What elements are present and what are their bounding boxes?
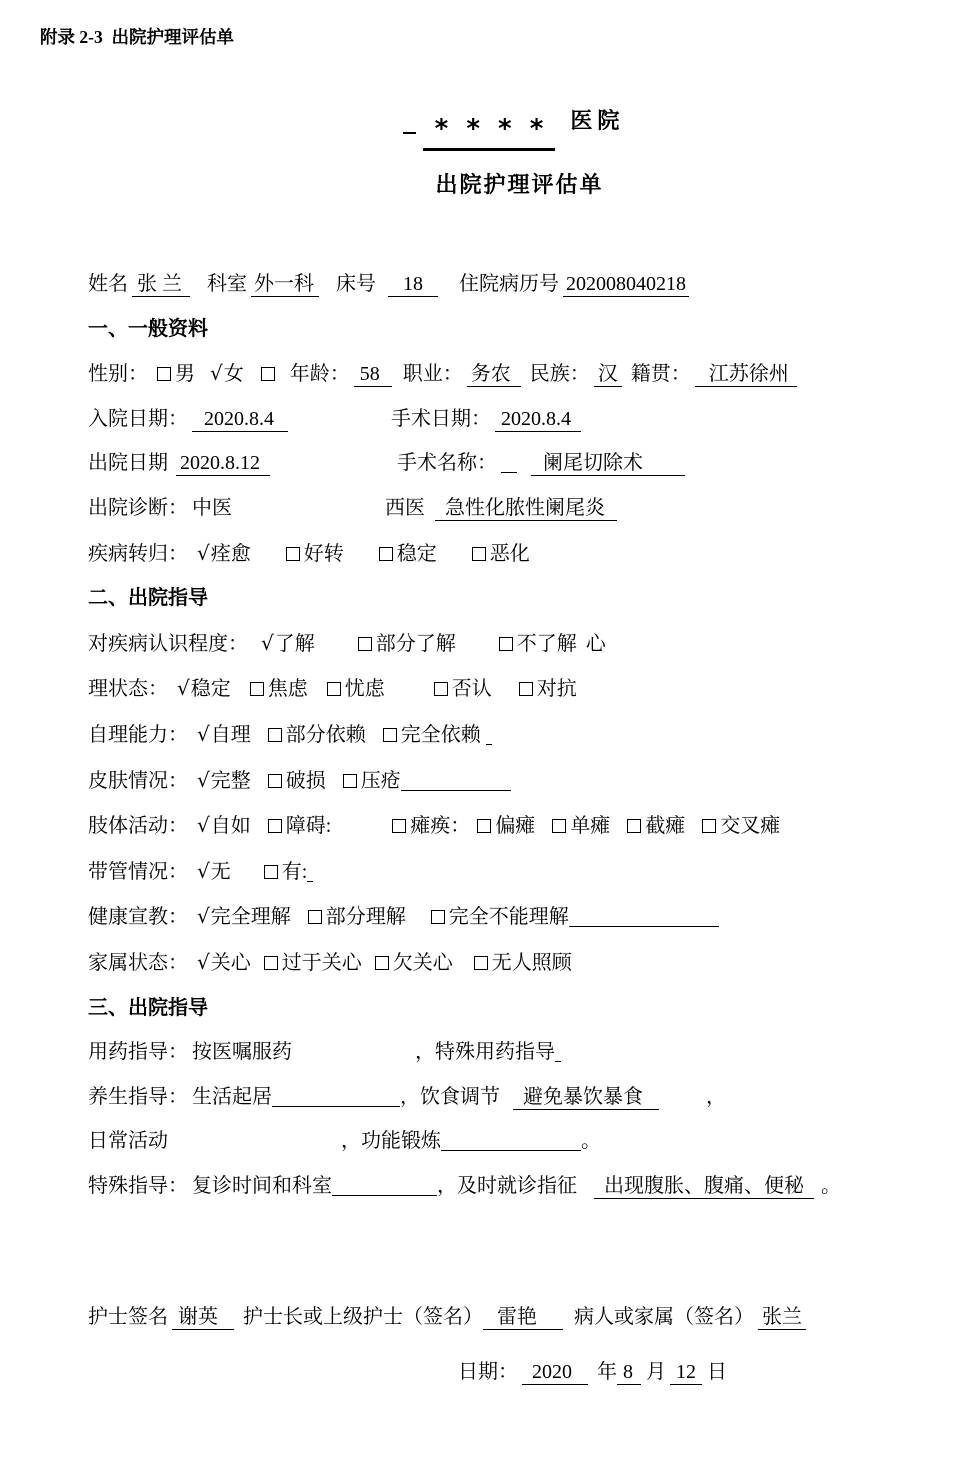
section-heading-general: 一、一般资料 — [88, 307, 953, 352]
option-label: 稳定 — [397, 543, 437, 565]
check-icon: √ — [197, 859, 210, 883]
blank-underline — [332, 1175, 437, 1196]
surgery-name-label: 手术名称： — [397, 452, 497, 474]
option-label: 稳定 — [191, 678, 231, 700]
disease-understanding-row: 对疾病认识程度： √了解 部分了解 不了解 心 — [88, 621, 953, 667]
patient-signature-label: 病人或家属（签名） — [574, 1306, 754, 1328]
option-label: 交叉瘫 — [720, 815, 780, 837]
option-improved: 好转 — [286, 543, 344, 565]
option-full-dependence: 完全依赖 — [383, 724, 481, 746]
outcome-label: 疾病转归： — [88, 543, 188, 565]
hospital-label: 医院 — [570, 108, 624, 133]
checkbox-icon — [308, 910, 322, 924]
option-hemiplegia: 偏瘫 — [477, 815, 535, 837]
occupation-label: 职业： — [403, 363, 463, 385]
checkbox-icon — [474, 956, 488, 970]
discharge-date-row: 出院日期2020.8.12 手术名称：阑尾切除术 — [88, 441, 953, 486]
checkbox-icon — [434, 682, 448, 696]
option-not-understood: 完全不能理解 — [431, 906, 569, 928]
option-worried: 忧虑 — [327, 678, 385, 700]
nurse-signature-value: 谢英 — [172, 1306, 234, 1330]
checkbox-icon — [702, 819, 716, 833]
option-label: 无 — [211, 861, 231, 883]
patient-info-row: 姓名张 兰 科室外一科 床号18 住院病历号202008040218 — [88, 262, 953, 307]
option-has-tube: 有: — [264, 861, 308, 883]
option-partially-understand: 部分了解 — [358, 633, 456, 655]
check-icon: √ — [197, 904, 210, 928]
option-label: 欠关心 — [393, 952, 453, 974]
check-icon: √ — [197, 768, 210, 792]
checkbox-icon — [383, 728, 397, 742]
tcm-label: 中医 — [192, 497, 232, 519]
age-label: 年龄： — [290, 363, 350, 385]
option-label: 截瘫 — [645, 815, 685, 837]
limb-activity-row: 肢体活动： √自如 障碍: 瘫痪： 偏瘫 单瘫 截瘫 交叉瘫 — [88, 803, 953, 849]
diagnosis-row: 出院诊断：中医 西医急性化脓性阑尾炎 — [88, 486, 953, 531]
gender-male-label: 男 — [175, 363, 195, 385]
disease-outcome-row: 疾病转归： √痊愈 好转 稳定 恶化 — [88, 531, 953, 577]
diagnosis-label: 出院诊断： — [88, 497, 188, 519]
selfcare-label: 自理能力： — [88, 724, 188, 746]
daily-activity-row: 日常活动 ，功能锻炼。 — [88, 1119, 953, 1164]
gender-row: 性别： 男 √女 年龄：58 职业：务农 民族：汉 籍贯：江苏徐州 — [88, 351, 953, 397]
option-independent: √自理 — [197, 724, 251, 746]
option-label: 单瘫 — [570, 815, 610, 837]
title-block: * * * *医院 出院护理评估单 — [0, 104, 959, 199]
option-caring: √关心 — [197, 952, 251, 974]
checkbox-icon — [268, 774, 282, 788]
origin-value: 江苏徐州 — [695, 363, 797, 387]
occupation-value: 务农 — [467, 363, 521, 387]
health-education-row: 健康宣教： √完全理解 部分理解 完全不能理解 — [88, 894, 953, 940]
check-icon: √ — [197, 722, 210, 746]
checkbox-icon — [157, 367, 171, 381]
education-label: 健康宣教： — [88, 906, 188, 928]
option-lacking-care: 欠关心 — [375, 952, 453, 974]
check-icon: √ — [197, 950, 210, 974]
check-icon: √ — [210, 361, 223, 385]
check-icon: √ — [261, 631, 274, 655]
option-pressure-sore: 压疮 — [343, 770, 401, 792]
option-impaired: 障碍: — [268, 815, 332, 837]
option-resistant: 对抗 — [519, 678, 577, 700]
family-attitude-label: 家属状态： — [88, 952, 188, 974]
surgery-date-label: 手术日期： — [391, 408, 491, 430]
option-label: 部分理解 — [326, 906, 406, 928]
medication-label: 用药指导： — [88, 1041, 188, 1063]
trailing-period: 。 — [581, 1130, 601, 1152]
blank-underline — [569, 906, 719, 927]
admission-date-row: 入院日期：2020.8.4 手术日期：2020.8.4 — [88, 397, 953, 442]
option-label: 破损 — [286, 770, 326, 792]
selfcare-row: 自理能力： √自理 部分依赖 完全依赖 — [88, 712, 953, 758]
bed-label: 床号 — [336, 273, 376, 295]
option-denial: 否认 — [434, 678, 492, 700]
section-heading-guidance: 二、出院指导 — [88, 576, 953, 621]
ethnicity-value: 汉 — [594, 363, 622, 387]
checkbox-icon — [268, 819, 282, 833]
option-label: 瘫痪： — [410, 815, 470, 837]
option-understand: √了解 — [261, 633, 315, 655]
option-label: 自如 — [211, 815, 251, 837]
blank-underline — [501, 452, 517, 473]
month-unit: 月 — [646, 1361, 666, 1383]
option-label: 无人照顾 — [492, 952, 572, 974]
blank-underline — [307, 861, 313, 882]
skin-condition-row: 皮肤情况： √完整 破损 压疮 — [88, 758, 953, 804]
option-label: 完整 — [211, 770, 251, 792]
checkbox-icon — [431, 910, 445, 924]
option-no-tube: √无 — [197, 861, 231, 883]
option-overly-caring: 过于关心 — [264, 952, 362, 974]
option-not-understand: 不了解 — [499, 633, 577, 655]
revisit-label: 复诊时间和科室 — [192, 1175, 332, 1197]
surgery-date-value: 2020.8.4 — [495, 408, 581, 432]
option-label: 障碍: — [286, 815, 332, 837]
document-page: 附录 2-3 出院护理评估单 * * * *医院 出院护理评估单 姓名张 兰 科… — [0, 0, 959, 1469]
checkbox-icon — [327, 682, 341, 696]
checkbox-icon — [358, 637, 372, 651]
regimen-label: 养生指导： — [88, 1086, 188, 1108]
diet-label: ，饮食调节 — [400, 1086, 500, 1108]
date-month-value: 8 — [617, 1361, 641, 1385]
option-stable: √稳定 — [177, 678, 231, 700]
option-label: 部分依赖 — [286, 724, 366, 746]
option-label: 了解 — [275, 633, 315, 655]
check-icon: √ — [177, 676, 190, 700]
check-icon: √ — [197, 541, 210, 565]
limb-label: 肢体活动： — [88, 815, 188, 837]
blank-underline — [272, 1086, 400, 1107]
checkbox-icon — [477, 819, 491, 833]
hospital-name-line: * * * *医院 — [34, 104, 959, 151]
check-icon: √ — [197, 813, 210, 837]
special-medication-label: ，特殊用药指导 — [415, 1041, 555, 1063]
surgery-name-value: 阑尾切除术 — [531, 452, 685, 476]
tube-status-row: 带管情况： √无 有: — [88, 849, 953, 895]
option-label: 关心 — [211, 952, 251, 974]
gender-female-label: 女 — [224, 363, 244, 385]
checkbox-icon — [627, 819, 641, 833]
seek-care-value: 出现腹胀、腹痛、便秘 — [594, 1175, 814, 1199]
option-monoplegia: 单瘫 — [552, 815, 610, 837]
option-label: 偏瘫 — [495, 815, 535, 837]
checkbox-icon — [375, 956, 389, 970]
option-label: 完全依赖 — [401, 724, 481, 746]
blank-underline — [555, 1041, 561, 1062]
form-content: 姓名张 兰 科室外一科 床号18 住院病历号202008040218 一、一般资… — [88, 262, 953, 1395]
age-value: 58 — [354, 363, 392, 387]
daily-activity-label: 日常活动 — [88, 1130, 168, 1152]
checkbox-icon — [343, 774, 357, 788]
option-label: 压疮 — [361, 770, 401, 792]
western-label: 西医 — [385, 497, 425, 519]
wrapped-word-head: 心 — [586, 633, 606, 655]
checkbox-icon — [519, 682, 533, 696]
bed-value: 18 — [388, 273, 438, 297]
section-heading-instructions: 三、出院指导 — [88, 986, 953, 1031]
checkbox-icon — [472, 547, 486, 561]
checkbox-icon — [379, 547, 393, 561]
name-value: 张 兰 — [132, 273, 190, 297]
option-cured: √痊愈 — [197, 543, 251, 565]
hospital-stars: * * * * — [423, 115, 556, 151]
checkbox-icon — [552, 819, 566, 833]
special-guidance-label: 特殊指导： — [88, 1175, 188, 1197]
head-nurse-signature-value: 雷艳 — [483, 1306, 563, 1330]
dept-value: 外一科 — [251, 273, 319, 297]
option-partially-understood: 部分理解 — [308, 906, 406, 928]
option-fully-understood: √完全理解 — [197, 906, 291, 928]
mental-state-row: 理状态： √稳定 焦虑 忧虑 否认 对抗 — [88, 666, 953, 712]
option-label: 不了解 — [517, 633, 577, 655]
trailing-period: 。 — [821, 1175, 841, 1197]
record-label: 住院病历号 — [459, 273, 559, 295]
special-guidance-row: 特殊指导：复诊时间和科室，及时就诊指征 出现腹胀、腹痛、便秘 。 — [88, 1164, 953, 1209]
appendix-title: 附录 2-3 出院护理评估单 — [40, 24, 234, 49]
checkbox-icon — [392, 819, 406, 833]
checkbox-icon — [261, 367, 275, 381]
option-free: √自如 — [197, 815, 251, 837]
option-paraplegia: 截瘫 — [627, 815, 685, 837]
gender-label: 性别： — [88, 363, 148, 385]
option-label: 完全理解 — [211, 906, 291, 928]
option-label: 对抗 — [537, 678, 577, 700]
option-label: 恶化 — [490, 543, 530, 565]
checkbox-icon — [250, 682, 264, 696]
nurse-signature-label: 护士签名 — [88, 1306, 168, 1328]
option-label: 完全不能理解 — [449, 906, 569, 928]
checkbox-icon — [286, 547, 300, 561]
patient-signature-value: 张兰 — [758, 1306, 806, 1330]
dash-mark — [403, 132, 416, 134]
understanding-label: 对疾病认识程度： — [88, 633, 248, 655]
option-anxious: 焦虑 — [250, 678, 308, 700]
date-label: 日期： — [458, 1361, 518, 1383]
diet-value: 避免暴饮暴食 — [513, 1086, 659, 1110]
regimen-guidance-row: 养生指导：生活起居，饮食调节 避免暴饮暴食 ， — [88, 1075, 953, 1120]
option-crossed-paralysis: 交叉瘫 — [702, 815, 780, 837]
medication-value: 按医嘱服药 — [192, 1041, 292, 1063]
admit-date-label: 入院日期： — [88, 408, 188, 430]
head-nurse-signature-label: 护士长或上级护士（签名） — [243, 1306, 483, 1328]
blank-underline — [401, 770, 511, 791]
blank-underline — [486, 724, 492, 745]
option-label: 好转 — [304, 543, 344, 565]
year-unit: 年 — [597, 1361, 617, 1383]
checkbox-icon — [499, 637, 513, 651]
option-label: 否认 — [452, 678, 492, 700]
admit-date-value: 2020.8.4 — [192, 408, 288, 432]
trailing-comma: ， — [706, 1086, 726, 1108]
seek-care-label: ，及时就诊指征 — [437, 1175, 577, 1197]
checkbox-icon — [264, 956, 278, 970]
option-label: 忧虑 — [345, 678, 385, 700]
option-label: 痊愈 — [211, 543, 251, 565]
record-value: 202008040218 — [563, 273, 689, 297]
option-stable: 稳定 — [379, 543, 437, 565]
name-label: 姓名 — [88, 273, 128, 295]
date-year-value: 2020 — [522, 1361, 588, 1385]
blank-underline — [441, 1130, 581, 1151]
discharge-date-value: 2020.8.12 — [176, 452, 270, 476]
daily-life-label: 生活起居 — [192, 1086, 272, 1108]
date-day-value: 12 — [670, 1361, 702, 1385]
origin-label: 籍贯： — [631, 363, 691, 385]
mental-state-label: 理状态： — [88, 678, 168, 700]
medication-guidance-row: 用药指导：按医嘱服药 ，特殊用药指导 — [88, 1030, 953, 1075]
option-label: 过于关心 — [282, 952, 362, 974]
option-partial-dependence: 部分依赖 — [268, 724, 366, 746]
option-paralysis: 瘫痪： — [392, 815, 470, 837]
date-row: 日期：2020 年8 月12 日 — [458, 1350, 953, 1395]
dept-label: 科室 — [207, 273, 247, 295]
tube-label: 带管情况： — [88, 861, 188, 883]
checkbox-icon — [264, 865, 278, 879]
option-label: 部分了解 — [376, 633, 456, 655]
day-unit: 日 — [707, 1361, 727, 1383]
option-broken: 破损 — [268, 770, 326, 792]
option-no-caregiver: 无人照顾 — [474, 952, 572, 974]
signature-row: 护士签名谢英 护士长或上级护士（签名）雷艳 病人或家属（签名）张兰 — [88, 1295, 953, 1340]
option-label: 有: — [282, 861, 308, 883]
option-worsened: 恶化 — [472, 543, 530, 565]
family-attitude-row: 家属状态： √关心 过于关心 欠关心 无人照顾 — [88, 940, 953, 986]
checkbox-icon — [268, 728, 282, 742]
skin-label: 皮肤情况： — [88, 770, 188, 792]
option-label: 自理 — [211, 724, 251, 746]
discharge-date-label: 出院日期 — [88, 452, 168, 474]
form-title: 出院护理评估单 — [40, 168, 959, 199]
ethnicity-label: 民族： — [530, 363, 590, 385]
exercise-label: ，功能锻炼 — [341, 1130, 441, 1152]
option-label: 焦虑 — [268, 678, 308, 700]
western-diagnosis-value: 急性化脓性阑尾炎 — [435, 497, 617, 521]
option-intact: √完整 — [197, 770, 251, 792]
